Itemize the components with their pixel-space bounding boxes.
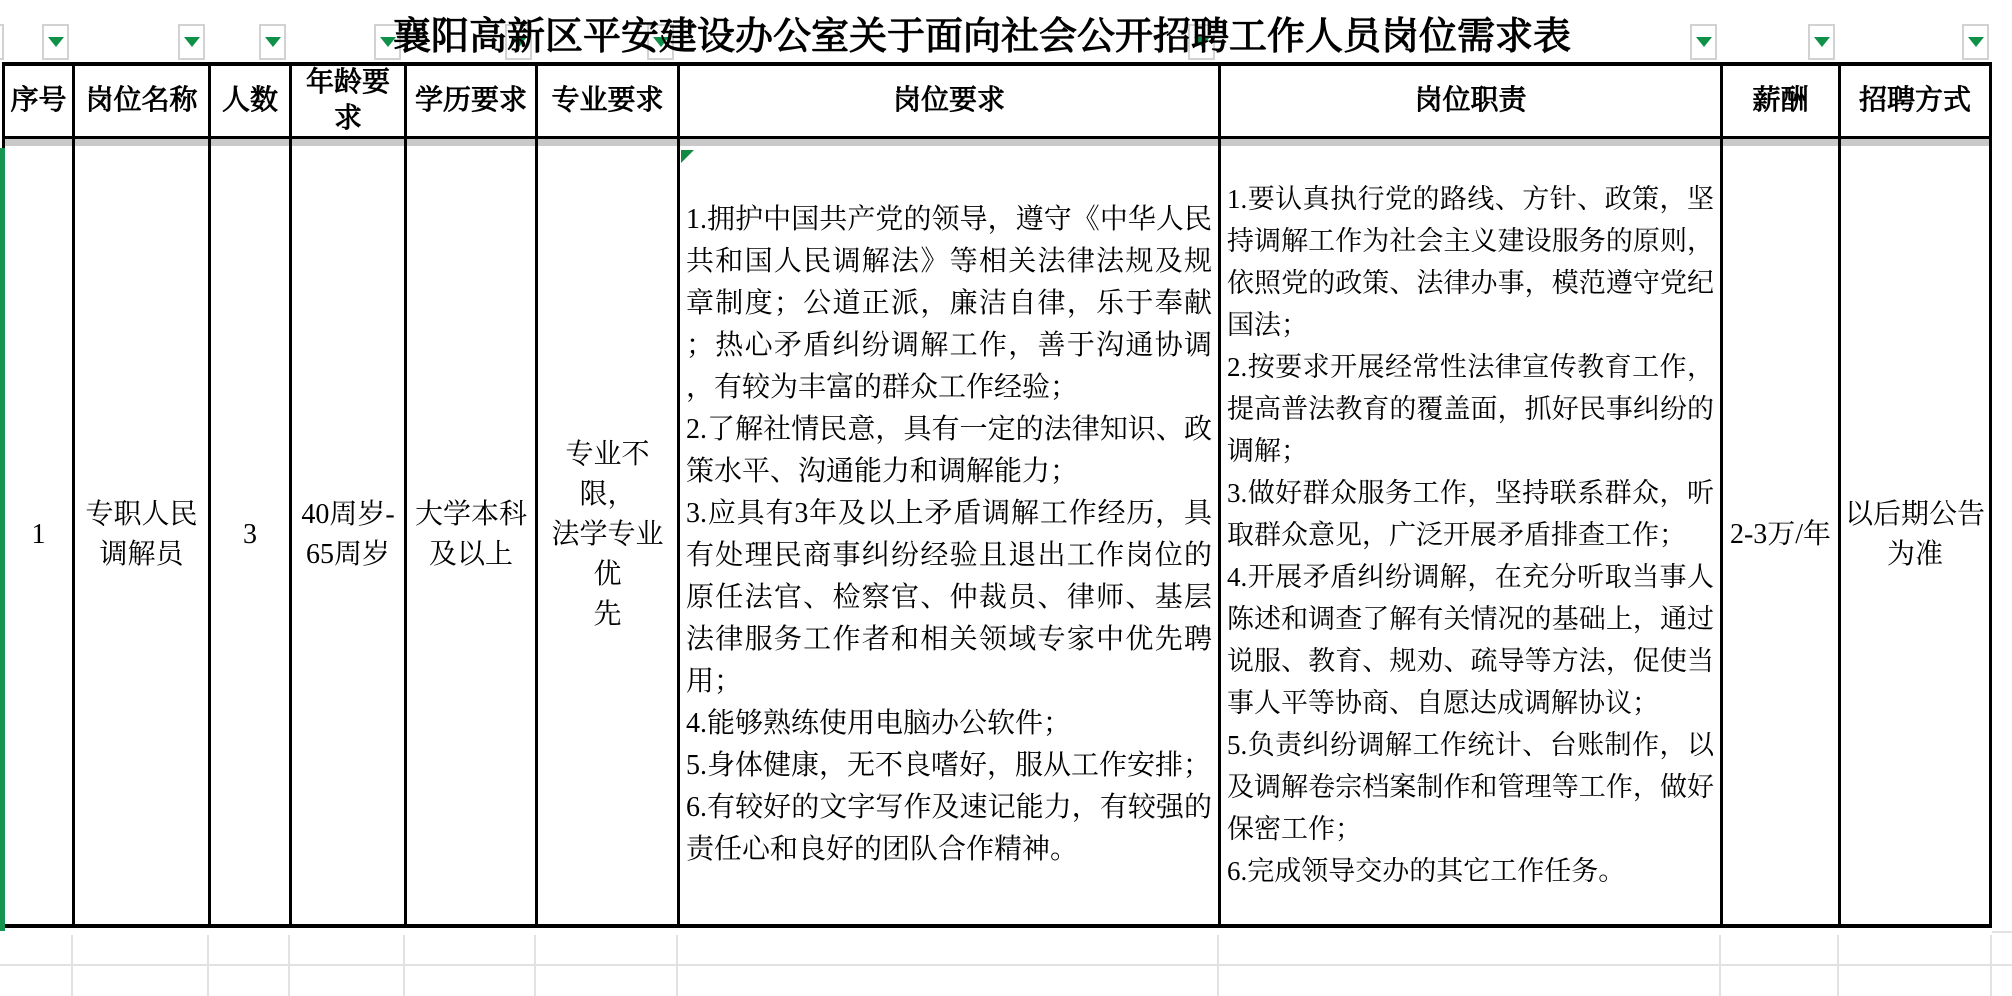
divider-band bbox=[680, 139, 1221, 146]
paragraph-item: 4.开展矛盾纠纷调解，在充分听取当事人陈述和调查了解有关情况的基础上，通过说服、… bbox=[1227, 556, 1714, 724]
divider-band bbox=[1723, 139, 1841, 146]
divider-band bbox=[75, 139, 211, 146]
divider-band bbox=[1841, 139, 1992, 146]
row-selection-stripe bbox=[0, 148, 5, 931]
cell-salary[interactable]: 2-3万/年 bbox=[1723, 146, 1841, 928]
cell-index[interactable]: 1 bbox=[5, 146, 75, 928]
filter-dropdown-icon bbox=[48, 37, 64, 47]
filter-dropdown-icon bbox=[1696, 37, 1712, 47]
filter-button-major[interactable] bbox=[647, 24, 674, 60]
paragraph-item: 4.能够熟练使用电脑办公软件； bbox=[686, 703, 1212, 745]
paragraph-item: 6.有较好的文字写作及速记能力，有较强的责任心和良好的团队合作精神。 bbox=[686, 787, 1212, 871]
paragraph-item: 3.做好群众服务工作，坚持联系群众，听取群众意见，广泛开展矛盾排查工作； bbox=[1227, 472, 1714, 556]
header-cell-major-requirement[interactable]: 专业要求 bbox=[538, 66, 680, 139]
header-cell-salary[interactable]: 薪酬 bbox=[1723, 66, 1841, 139]
filter-button-education[interactable] bbox=[505, 24, 532, 60]
filter-button-job-duties[interactable] bbox=[1690, 24, 1717, 60]
header-cell-job-requirements[interactable]: 岗位要求 bbox=[680, 66, 1221, 139]
paragraph-item: 2.了解社情民意，具有一定的法律知识、政策水平、沟通能力和调解能力； bbox=[686, 409, 1212, 493]
filter-dropdown-icon bbox=[380, 37, 396, 47]
paragraph-item: 6.完成领导交办的其它工作任务。 bbox=[1227, 850, 1714, 892]
header-cell-education-requirement[interactable]: 学历要求 bbox=[407, 66, 538, 139]
filter-dropdown-icon bbox=[184, 37, 200, 47]
filter-button-age[interactable] bbox=[374, 24, 401, 60]
gridline bbox=[0, 964, 2012, 966]
header-cell-recruitment-method[interactable]: 招聘方式 bbox=[1841, 66, 1992, 139]
divider-band bbox=[5, 139, 75, 146]
filter-button-hidden[interactable] bbox=[0, 24, 4, 60]
filter-button-position-name[interactable] bbox=[178, 24, 205, 60]
filter-dropdown-icon bbox=[1968, 37, 1984, 47]
cell-corner-marker-icon bbox=[681, 150, 694, 163]
requirements-table: 序号 岗位名称 人数 年龄要 求 学历要求 专业要求 岗位要求 岗位职责 薪酬 … bbox=[2, 62, 1992, 928]
header-cell-headcount[interactable]: 人数 bbox=[211, 66, 292, 139]
divider-band bbox=[292, 139, 407, 146]
cell-major-requirement[interactable]: 专业不限， 法学专业优 先 bbox=[538, 146, 680, 928]
paragraph-item: 2.按要求开展经常性法律宣传教育工作，提高普法教育的覆盖面，抓好民事纠纷的调解； bbox=[1227, 346, 1714, 472]
cell-job-duties[interactable]: 1.要认真执行党的路线、方针、政策，坚持调解工作为社会主义建设服务的原则，依照党… bbox=[1221, 146, 1723, 928]
filter-dropdown-icon bbox=[653, 37, 669, 47]
filter-button-headcount[interactable] bbox=[259, 24, 286, 60]
filter-button-job-requirements[interactable] bbox=[1188, 24, 1215, 60]
divider-band bbox=[407, 139, 538, 146]
filter-button-salary[interactable] bbox=[1808, 24, 1835, 60]
filter-button-recruitment-method[interactable] bbox=[1962, 24, 1989, 60]
cell-headcount[interactable]: 3 bbox=[211, 146, 292, 928]
header-cell-job-duties[interactable]: 岗位职责 bbox=[1221, 66, 1723, 139]
gridline bbox=[1992, 931, 2012, 933]
spreadsheet: 襄阳高新区平安建设办公室关于面向社会公开招聘工作人员岗位需求表 序号 岗位名称 … bbox=[0, 0, 2012, 996]
header-cell-position-name[interactable]: 岗位名称 bbox=[75, 66, 211, 139]
cell-job-requirements[interactable]: 1.拥护中国共产党的领导，遵守《中华人民共和国人民调解法》等相关法律法规及规章制… bbox=[680, 146, 1221, 928]
filter-button-index[interactable] bbox=[42, 24, 69, 60]
filter-dropdown-icon bbox=[265, 37, 281, 47]
divider-band bbox=[538, 139, 680, 146]
cell-age-requirement[interactable]: 40周岁- 65周岁 bbox=[292, 146, 407, 928]
sheet-title: 襄阳高新区平安建设办公室关于面向社会公开招聘工作人员岗位需求表 bbox=[0, 5, 1964, 60]
divider-band bbox=[1221, 139, 1723, 146]
cell-position-name[interactable]: 专职人民 调解员 bbox=[75, 146, 211, 928]
paragraph-item: 5.负责纠纷调解工作统计、台账制作，以及调解卷宗档案制作和管理等工作，做好保密工… bbox=[1227, 724, 1714, 850]
cell-recruitment-method[interactable]: 以后期公告 为准 bbox=[1841, 146, 1992, 928]
filter-dropdown-icon bbox=[1194, 37, 1210, 47]
paragraph-item: 5.身体健康，无不良嗜好，服从工作安排； bbox=[686, 745, 1212, 787]
paragraph-item: 1.拥护中国共产党的领导，遵守《中华人民共和国人民调解法》等相关法律法规及规章制… bbox=[686, 199, 1212, 409]
paragraph-item: 3.应具有3年及以上矛盾调解工作经历，具有处理民商事纠纷经验且退出工作岗位的原任… bbox=[686, 493, 1212, 703]
cell-education-requirement[interactable]: 大学本科 及以上 bbox=[407, 146, 538, 928]
filter-dropdown-icon bbox=[1814, 37, 1830, 47]
paragraph-item: 1.要认真执行党的路线、方针、政策，坚持调解工作为社会主义建设服务的原则，依照党… bbox=[1227, 178, 1714, 346]
filter-dropdown-icon bbox=[511, 37, 527, 47]
divider-band bbox=[211, 139, 292, 146]
header-cell-index[interactable]: 序号 bbox=[5, 66, 75, 139]
header-cell-age-requirement[interactable]: 年龄要 求 bbox=[292, 66, 407, 139]
